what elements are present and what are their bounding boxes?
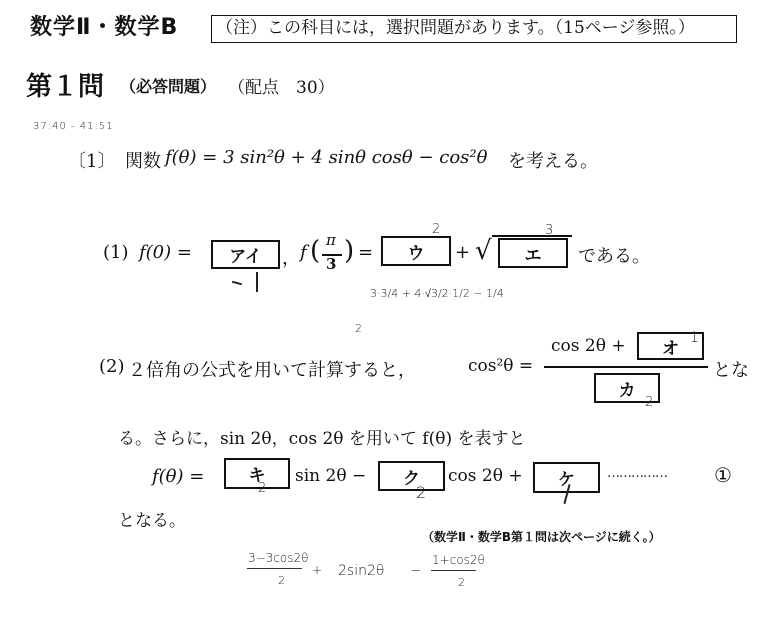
part1-label: 〔1〕 bbox=[68, 147, 115, 173]
hand-plus: + bbox=[312, 563, 322, 577]
hand-frac1-den: 2 bbox=[278, 574, 285, 587]
equation-number: ① bbox=[714, 463, 732, 487]
sqrt-overline bbox=[492, 235, 572, 237]
hand-frac2-num: 1+cos2θ bbox=[432, 553, 485, 567]
q2-dots: …………… bbox=[607, 466, 667, 481]
hand-frac2-den: 2 bbox=[458, 576, 465, 589]
q2-f-theta: f(θ) = bbox=[152, 466, 204, 487]
q1-comma: ， bbox=[282, 244, 300, 270]
hand-note-u: 2 bbox=[432, 222, 440, 237]
q1-three: 3 bbox=[326, 255, 336, 273]
q2-sin2: sin 2θ − bbox=[295, 466, 366, 486]
q2-lhs: cos²θ = bbox=[468, 356, 533, 376]
q2-line3: となる。 bbox=[118, 506, 186, 531]
problem-title: 第１問 bbox=[26, 66, 104, 103]
points-label: （配点 30） bbox=[228, 73, 335, 98]
q1-suffix: である。 bbox=[578, 242, 650, 268]
part1-text-suffix: を考える。 bbox=[508, 147, 598, 173]
answer-box-ku[interactable]: ク bbox=[378, 461, 445, 491]
hand-note-e: 3 bbox=[545, 223, 553, 238]
q2-line2: る。さらに，sin 2θ，cos 2θ を用いて f(θ) を表すと bbox=[118, 424, 526, 449]
answer-box-u[interactable]: ウ bbox=[381, 236, 451, 266]
hand-minus: − bbox=[410, 563, 422, 579]
q1-equals: = bbox=[358, 242, 373, 263]
hand-frac2-bar bbox=[431, 570, 476, 571]
hand-frac1-num: 3−3cos2θ bbox=[248, 551, 309, 565]
continued-note: （数学Ⅱ・数学B第１問は次ページに続く。） bbox=[422, 528, 661, 545]
q2-text: ２倍角の公式を用いて計算すると， bbox=[128, 356, 416, 382]
hand-mark-one bbox=[256, 272, 258, 292]
handwritten-time: 37:40 - 41:51 bbox=[33, 121, 114, 132]
q2-label: (2) bbox=[99, 356, 125, 377]
subject-title: 数学Ⅱ・数学B bbox=[30, 10, 178, 41]
part1-formula: f(θ) = 3 sin²θ + 4 sinθ cosθ − cos²θ bbox=[165, 147, 487, 168]
required-label: （必答問題） bbox=[120, 74, 216, 97]
hand-mid: 2sin2θ bbox=[338, 563, 384, 579]
paren-close: ) bbox=[344, 236, 354, 266]
answer-box-e[interactable]: エ bbox=[498, 238, 568, 268]
q2-cos2: cos 2θ + bbox=[448, 466, 523, 486]
q1-f0: f(0) = bbox=[139, 242, 192, 263]
answer-box-ai[interactable]: アイ bbox=[211, 240, 280, 269]
q2-numerator: cos 2θ + bbox=[551, 336, 626, 356]
q1-plus: + bbox=[455, 242, 470, 263]
hand-two: 2 bbox=[355, 322, 362, 335]
q1-pi: π bbox=[326, 231, 336, 249]
part1-text-prefix: 関数 bbox=[125, 147, 161, 173]
hand-note-ka: 2 bbox=[645, 395, 653, 410]
hand-note-o: 1 bbox=[690, 330, 699, 346]
hand-note-ki: 2 bbox=[258, 481, 266, 496]
q2-suffix: とな bbox=[713, 356, 749, 382]
q1-label: (1) bbox=[103, 242, 129, 263]
hand-work: 3·3/4 + 4·√3/2·1/2 − 1/4 bbox=[370, 287, 504, 300]
hand-frac1-bar bbox=[247, 568, 302, 569]
q1-f-pi3: f bbox=[300, 242, 307, 263]
q2-fraction-bar bbox=[544, 366, 708, 368]
hand-mark-dash bbox=[232, 281, 242, 285]
sqrt-icon: √ bbox=[475, 236, 492, 266]
notice-box: （注）この科目には，選択問題があります。（15ページ参照。） bbox=[211, 15, 737, 43]
paren-open: ( bbox=[310, 236, 320, 266]
answer-box-ki[interactable]: キ bbox=[224, 458, 290, 489]
hand-note-ku: 2 bbox=[416, 483, 426, 502]
